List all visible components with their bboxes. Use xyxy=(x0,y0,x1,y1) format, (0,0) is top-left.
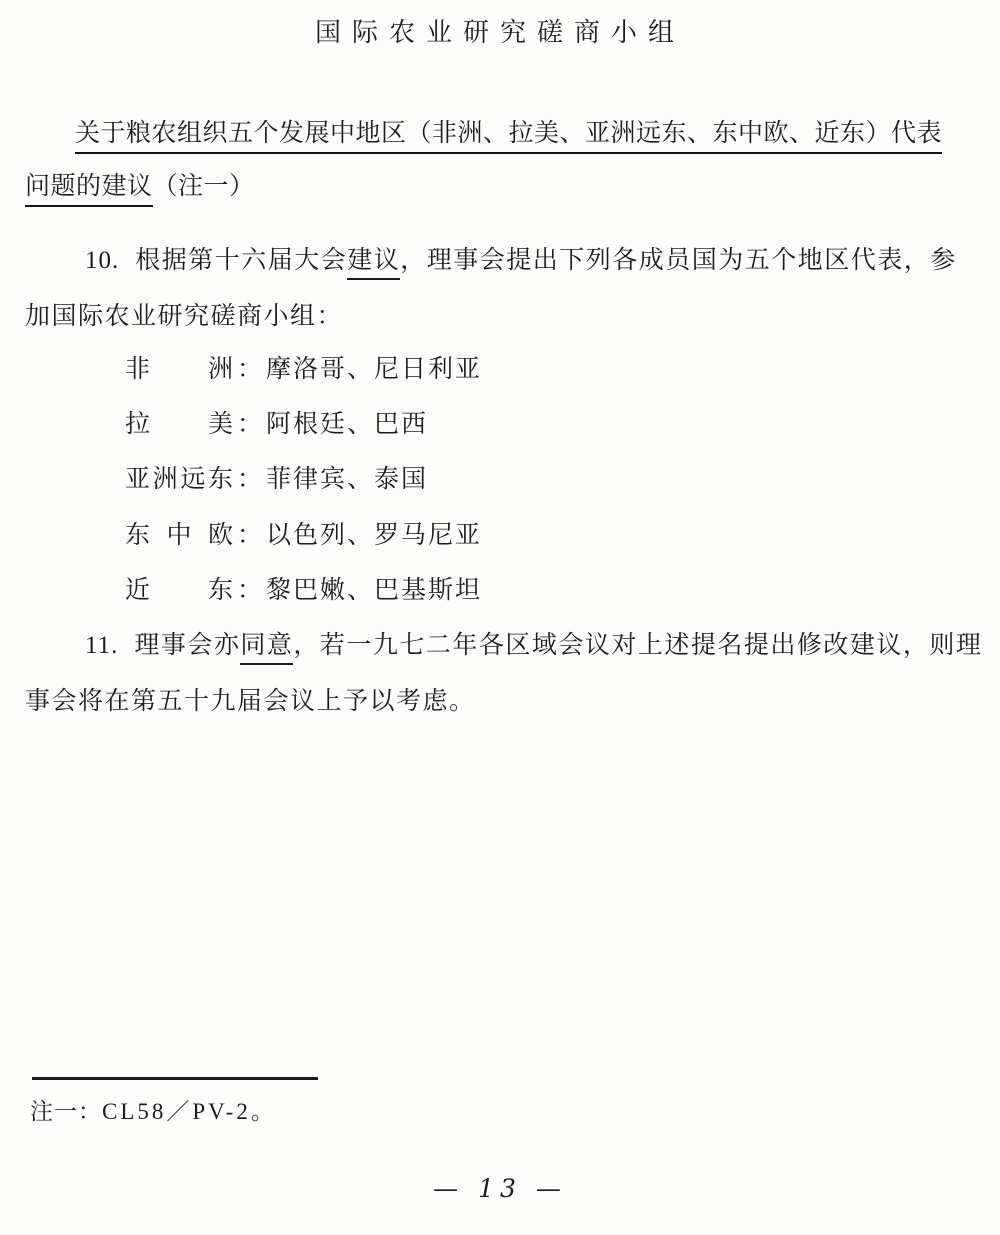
region-countries: 以色列、罗马尼亚 xyxy=(266,522,482,549)
paragraph-10-line-1: 10.根据第十六届大会建议，理事会提出下列各成员国为五个地区代表，参 xyxy=(85,246,957,276)
region-colon: ： xyxy=(237,410,264,440)
region-list-item: 近东：黎巴嫩、巴基斯坦 xyxy=(125,576,482,606)
paragraph-11-line-1: 11.理事会亦同意，若一九七二年各区域会议对上述提名提出修改建议，则理 xyxy=(85,631,982,661)
section-heading-line-1: 关于粮农组织五个发展中地区（非洲、拉美、亚洲远东、东中欧、近东）代表 xyxy=(75,119,942,149)
region-name: 拉美 xyxy=(125,410,235,440)
footnote-divider-rule xyxy=(32,1077,318,1080)
paragraph-number: 11. xyxy=(85,631,118,661)
heading-underlined-text: 关于粮农组织五个发展中地区（非洲、拉美、亚洲远东、东中欧、近东）代表 xyxy=(75,120,942,154)
paragraph-text: ，理事会提出下列各成员国为五个地区代表，参 xyxy=(400,247,957,274)
region-name: 东中欧 xyxy=(125,521,235,551)
region-countries: 摩洛哥、尼日利亚 xyxy=(266,356,482,383)
footnote-reference: CL58／PV-2。 xyxy=(102,1099,277,1124)
paragraph-text: 根据第十六届大会 xyxy=(135,247,347,274)
paragraph-text: ，若一九七二年各区域会议对上述提名提出修改建议，则理 xyxy=(293,632,982,659)
region-name: 近东 xyxy=(125,576,235,606)
paragraph-text: 理事会亦 xyxy=(134,632,240,659)
region-colon: ： xyxy=(237,355,264,385)
document-page: 国际农业研究磋商小组 关于粮农组织五个发展中地区（非洲、拉美、亚洲远东、东中欧、… xyxy=(0,0,1000,1235)
region-list-item: 亚洲远东：菲律宾、泰国 xyxy=(125,465,428,495)
region-countries: 菲律宾、泰国 xyxy=(266,466,428,493)
heading-note-marker: （注一） xyxy=(153,173,255,200)
heading-underlined-text: 问题的建议 xyxy=(25,173,153,207)
footnote: 注一：CL58／PV-2。 xyxy=(30,1098,277,1125)
region-countries: 阿根廷、巴西 xyxy=(266,411,428,438)
footnote-label: 注一： xyxy=(30,1099,102,1124)
region-name: 亚洲远东 xyxy=(125,465,235,495)
underlined-term: 同意 xyxy=(240,632,293,665)
paragraph-number: 10. xyxy=(85,246,119,276)
page-number: — 13 — xyxy=(0,1174,1000,1204)
region-colon: ： xyxy=(237,465,264,495)
document-title: 国际农业研究磋商小组 xyxy=(0,18,1000,49)
paragraph-10-line-2: 加国际农业研究磋商小组： xyxy=(25,302,343,332)
region-colon: ： xyxy=(237,521,264,551)
region-list-item: 拉美：阿根廷、巴西 xyxy=(125,410,428,440)
region-list-item: 东中欧：以色列、罗马尼亚 xyxy=(125,521,482,551)
region-list-item: 非洲：摩洛哥、尼日利亚 xyxy=(125,355,482,385)
region-name: 非洲 xyxy=(125,355,235,385)
region-countries: 黎巴嫩、巴基斯坦 xyxy=(266,577,482,604)
underlined-term: 建议 xyxy=(347,247,400,280)
paragraph-11-line-2: 事会将在第五十九届会议上予以考虑。 xyxy=(25,687,476,717)
section-heading-line-2: 问题的建议（注一） xyxy=(25,172,255,202)
region-colon: ： xyxy=(237,576,264,606)
